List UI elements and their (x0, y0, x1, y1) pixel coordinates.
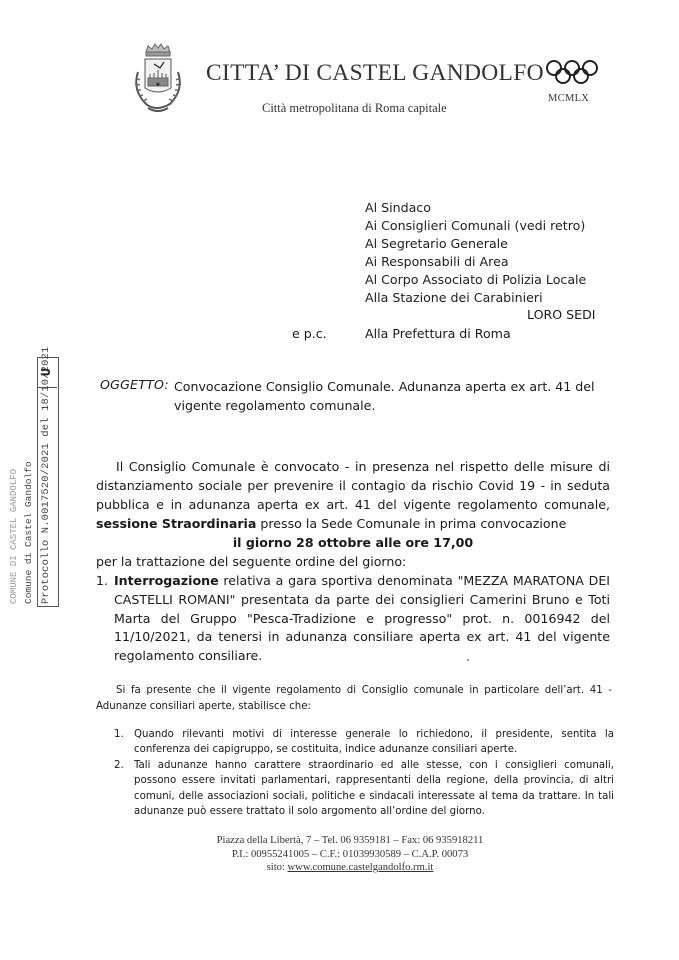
footer: Piazza della Libertà, 7 – Tel. 06 935918… (170, 834, 530, 875)
regulation-note: Si fa presente che il vigente regolament… (96, 683, 612, 715)
session-type: sessione Straordinaria (96, 516, 256, 531)
intro-paragraph: Il Consiglio Comunale è convocato - in p… (96, 457, 610, 533)
scan-speck (467, 659, 469, 661)
city-crest-icon (128, 42, 188, 116)
footer-site: sito: www.comune.castelgandolfo.rm.it (170, 861, 530, 875)
recipient: Al Sindaco (365, 199, 586, 217)
recipient: Alla Stazione dei Carabinieri (365, 289, 586, 307)
regulation-list: 1. Quando rilevanti motivi di interesse … (114, 727, 614, 819)
agenda-item-text: Interrogazione relativa a gara sportiva … (114, 572, 610, 666)
recipient: Ai Consiglieri Comunali (vedi retro) (365, 217, 586, 235)
footer-tax-ids: P.I.: 00955241005 – C.F.: 01039930589 – … (170, 848, 530, 862)
meeting-date: il giorno 28 ottobre alle ore 17,00 (96, 533, 610, 552)
recipients-list: Al Sindaco Ai Consiglieri Comunali (vedi… (365, 199, 586, 307)
convocation-body: Il Consiglio Comunale è convocato - in p… (96, 457, 610, 571)
agenda-item-number: 1. (96, 572, 108, 591)
city-subtitle: Città metropolitana di Roma capitale (262, 101, 447, 116)
loro-sedi: LORO SEDI (527, 307, 596, 322)
protocol-stamp: U COMUNE DI CASTEL GANDOLFO Comune di Ca… (3, 357, 57, 605)
regulation-item: 2. Tali adunanze hanno carattere straord… (114, 758, 614, 820)
stamp-line-1: COMUNE DI CASTEL GANDOLFO (9, 469, 19, 604)
footer-address: Piazza della Libertà, 7 – Tel. 06 935918… (170, 834, 530, 848)
agenda-item: 1. Interrogazione relativa a gara sporti… (96, 572, 610, 666)
stamp-line-2: Comune di Castel Gandolfo (23, 461, 34, 604)
olympic-rings-icon (546, 60, 598, 86)
recipient: Ai Responsabili di Area (365, 253, 586, 271)
regulation-item: 1. Quando rilevanti motivi di interesse … (114, 727, 614, 758)
recipient: Al Corpo Associato di Polizia Locale (365, 271, 586, 289)
subject-label: OGGETTO: (100, 377, 169, 392)
epc-recipient: Alla Prefettura di Roma (365, 326, 511, 341)
recipient: Al Segretario Generale (365, 235, 586, 253)
city-title: CITTA’ DI CASTEL GANDOLFO (206, 60, 544, 87)
website-link[interactable]: www.comune.castelgandolfo.rm.it (288, 862, 434, 873)
subject-text: Convocazione Consiglio Comunale. Adunanz… (174, 377, 614, 415)
motto-text: MCMLX (548, 93, 589, 104)
stamp-protocol-number: Protocollo N.0017520/2021 del 18/10/2021 (40, 347, 52, 604)
note-intro: Si fa presente che il vigente regolament… (96, 683, 612, 715)
agenda-intro: per la trattazione del seguente ordine d… (96, 552, 610, 571)
epc-label: e p.c. (292, 326, 327, 341)
